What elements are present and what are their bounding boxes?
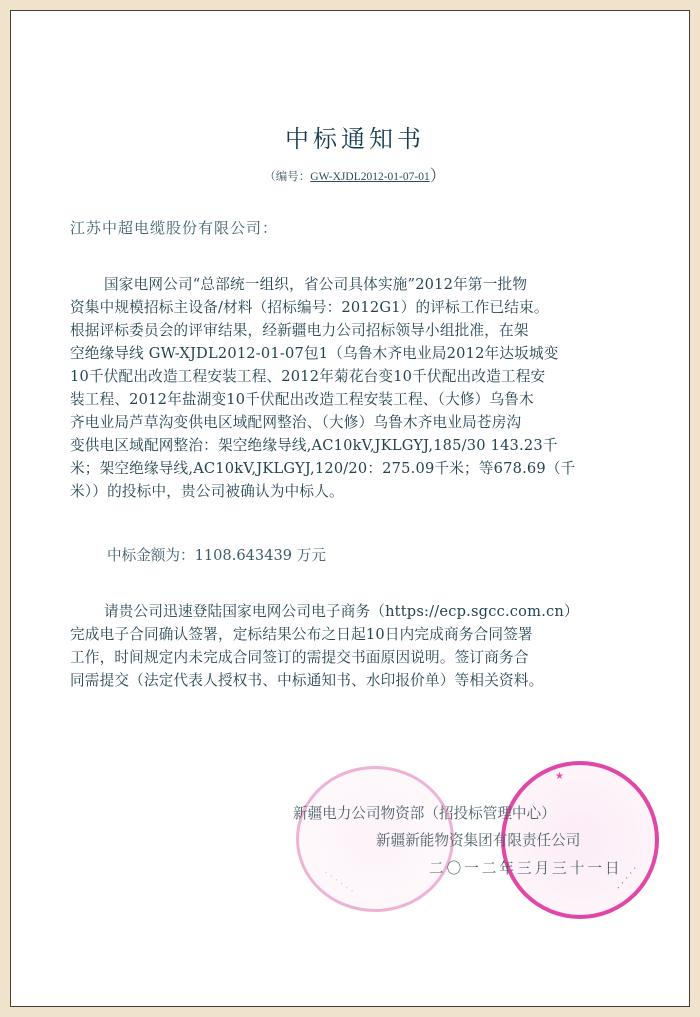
document-number-code: GW-XJDL2012-01-07-01 bbox=[310, 171, 429, 183]
award-paragraph-line: 空绝缘导线 GW-XJDL2012-01-07包1（乌鲁木齐电业局2012年达坂… bbox=[70, 342, 670, 365]
document-number: （编号：GW-XJDL2012-01-07-01） bbox=[11, 163, 690, 186]
award-paragraph-line: 国家电网公司“总部统一组织，省公司具体实施”2012年第一批物 bbox=[70, 273, 670, 296]
document-number-close: ） bbox=[430, 168, 446, 185]
award-paragraph-line: 变供电区域配网整治：架空绝缘导线,AC10kV,JKLGYJ,185/30 14… bbox=[70, 434, 670, 457]
document-number-label: （编号： bbox=[264, 171, 310, 183]
award-paragraph-line: 10千伏配出改造工程安装工程、2012年菊花台变10千伏配出改造工程安 bbox=[70, 365, 670, 388]
award-paragraph-line: 装工程、2012年盐湖变10千伏配出改造工程安装工程、（大修）乌鲁木 bbox=[70, 388, 670, 411]
seal-ring-text: · · · · · · bbox=[321, 868, 356, 897]
document-paper: 中标通知书 （编号：GW-XJDL2012-01-07-01） 江苏中超电缆股份… bbox=[10, 10, 690, 1007]
bid-amount-label: 中标金额为： bbox=[107, 547, 195, 564]
instruction-paragraph-line: 完成电子合同确认签署，定标结果公布之日起10日内完成商务合同签署 bbox=[70, 623, 670, 646]
instruction-paragraph-line: 请贵公司迅速登陆国家电网公司电子商务（https://ecp.sgcc.com.… bbox=[70, 600, 670, 623]
bid-amount: 中标金额为：1108.643439 万元 bbox=[107, 544, 326, 565]
document-title: 中标通知书 bbox=[11, 119, 690, 154]
award-paragraph-line: 米；架空绝缘导线,AC10kV,JKLGYJ,120/20：275.09千米；等… bbox=[70, 457, 670, 480]
issue-date: 二〇一二年三月三十一日 bbox=[429, 857, 623, 878]
bid-amount-value: 1108.643439 bbox=[195, 547, 293, 564]
award-paragraph-line: 米））的投标中，贵公司被确认为中标人。 bbox=[70, 480, 670, 503]
seal-ring-text: ★ bbox=[555, 771, 564, 782]
instruction-paragraph-line: 工作，时间规定内未完成合同签订的需提交书面原因说明。签订商务合 bbox=[70, 646, 670, 669]
award-paragraph: 国家电网公司“总部统一组织，省公司具体实施”2012年第一批物 资集中规模招标主… bbox=[70, 273, 670, 503]
instruction-paragraph: 请贵公司迅速登陆国家电网公司电子商务（https://ecp.sgcc.com.… bbox=[70, 600, 670, 692]
issuer-name-2: 新疆新能物资集团有限责任公司 bbox=[376, 829, 580, 850]
award-paragraph-line: 资集中规模招标主设备/材料（招标编号：2012G1）的评标工作已结束。 bbox=[70, 296, 670, 319]
issuer-name-1: 新疆电力公司物资部（招投标管理中心） bbox=[293, 802, 556, 823]
bid-amount-unit: 万元 bbox=[297, 547, 326, 564]
award-paragraph-line: 根据评标委员会的评审结果，经新疆电力公司招标领导小组批准，在架 bbox=[70, 319, 670, 342]
document-frame: 中标通知书 （编号：GW-XJDL2012-01-07-01） 江苏中超电缆股份… bbox=[0, 0, 700, 1017]
instruction-paragraph-line: 同需提交（法定代表人授权书、中标通知书、水印报价单）等相关资料。 bbox=[70, 669, 670, 692]
award-paragraph-line: 齐电业局芦草沟变供电区域配网整治、（大修）乌鲁木齐电业局苍房沟 bbox=[70, 411, 670, 434]
addressee: 江苏中超电缆股份有限公司： bbox=[70, 217, 278, 238]
